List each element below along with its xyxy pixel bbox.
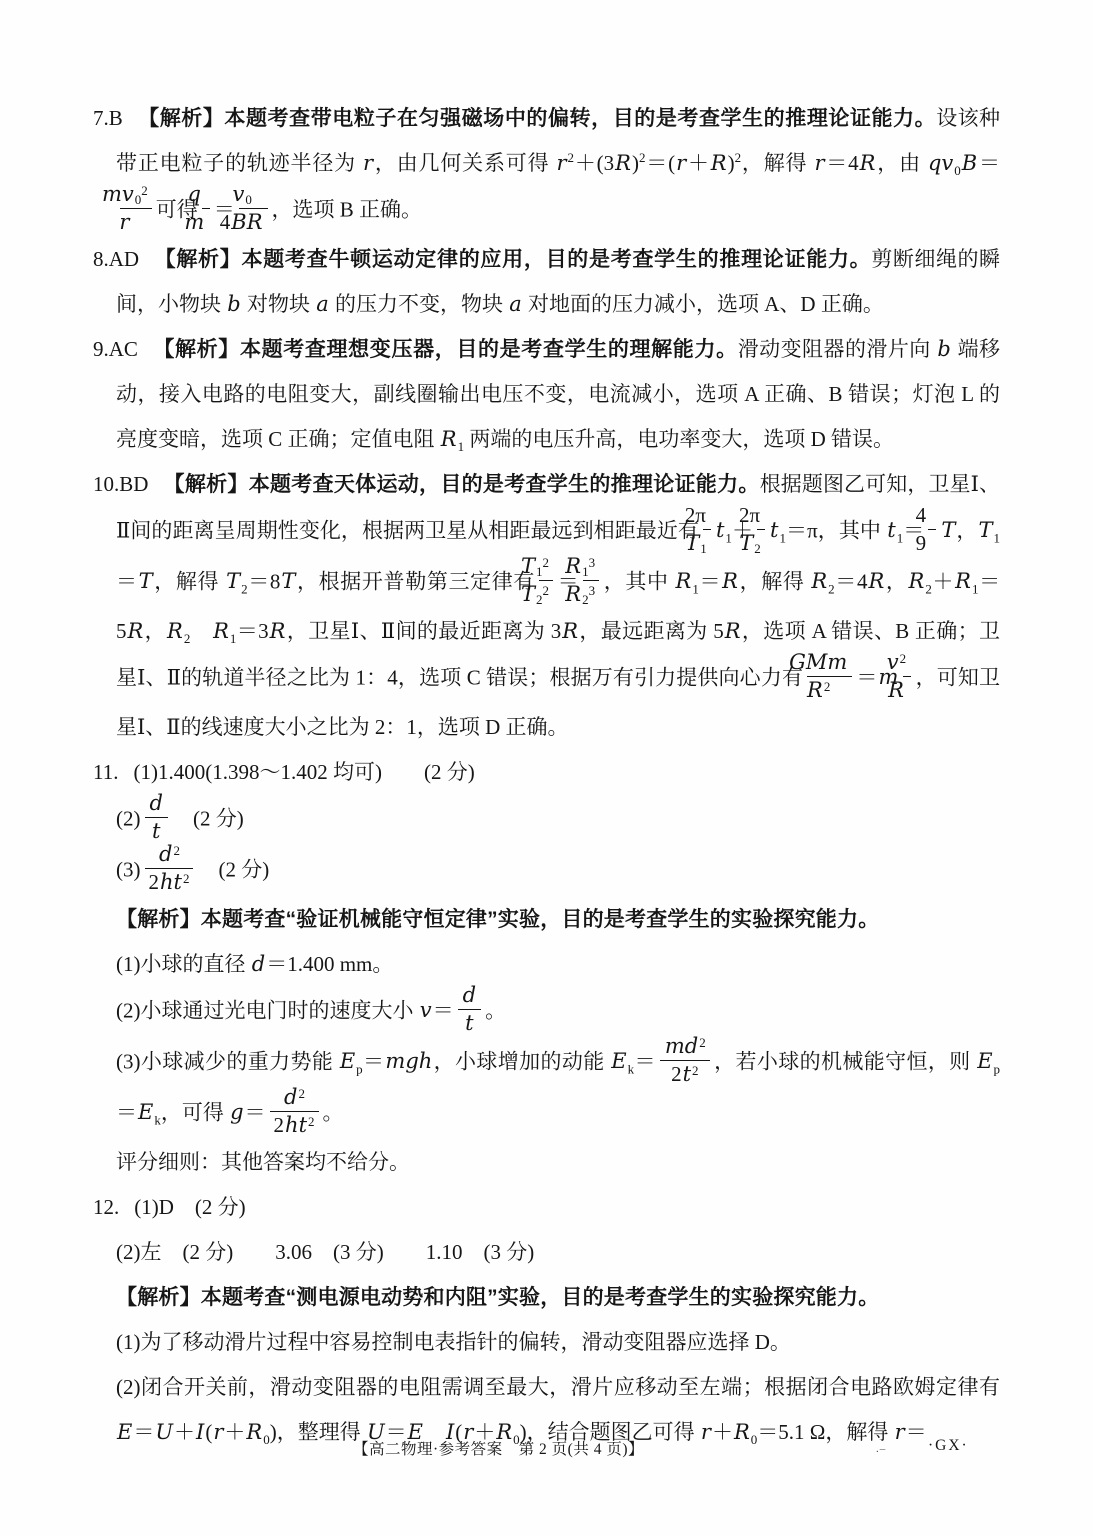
answer-paragraph: 10.BD【解析】本题考查天体运动，目的是考查学生的推理论证能力。根据题图乙可知… — [116, 462, 1000, 750]
math-run: T — [280, 569, 296, 593]
answer-paragraph: (3)d22ht2 (2 分) — [116, 846, 1000, 897]
fraction: d22ht2 — [145, 843, 194, 894]
answer-paragraph: (3)小球减少的重力势能 Ep＝mgh，小球增加的动能 Ek＝md22t2，若小… — [116, 1038, 1000, 1140]
math-run: BR — [230, 210, 263, 234]
text-run: 。 — [485, 998, 506, 1022]
math-run: a — [508, 292, 523, 316]
bold-run: 【解析】本题考查带电粒子在匀强磁场中的偏转，目的是考查学生的推理论证能力。 — [138, 107, 936, 130]
answer-paragraph: 7.B【解析】本题考查带电粒子在匀强磁场中的偏转，目的是考查学生的推理论证能力。… — [116, 96, 1000, 237]
text-run: 2π — [685, 503, 706, 527]
text-run: 对物块 — [242, 292, 316, 316]
fraction-denominator: R2 — [807, 677, 852, 702]
answer-paragraph: (2)dt (2 分) — [116, 795, 1000, 846]
text-run: ＝( — [645, 151, 675, 175]
text-run: ， — [885, 569, 907, 593]
text-run: ＝3 — [236, 619, 268, 643]
math-run: E — [339, 1049, 356, 1073]
text-run: ＝1.400 mm。 — [266, 952, 393, 976]
text-run: ，若小球的机械能守恒，则 — [714, 1049, 976, 1073]
math-run: R — [867, 569, 885, 593]
answer-paragraph: (1)小球的直径 d＝1.400 mm。 — [116, 942, 1000, 987]
text-run: 4 — [220, 210, 231, 234]
math-run: T — [738, 531, 754, 555]
fraction-numerator: 2π — [703, 504, 711, 530]
fraction-denominator: R — [903, 677, 911, 702]
text-run: ＝ — [116, 569, 138, 593]
math-run: q — [187, 182, 202, 206]
fraction: md22t2 — [660, 1035, 710, 1086]
superscript: 2 — [141, 183, 148, 198]
text-run: ) — [632, 151, 639, 175]
math-run: t — [886, 518, 896, 542]
superscript: 2 — [900, 651, 907, 666]
math-run: ht — [284, 1113, 308, 1137]
math-run: r — [118, 210, 130, 234]
fraction: v2R — [903, 651, 911, 702]
math-run: md — [664, 1034, 699, 1058]
text-run: (2 分) — [172, 806, 244, 830]
math-run: T — [138, 569, 154, 593]
fraction-denominator: R23 — [583, 581, 599, 606]
math-run: E — [137, 1100, 154, 1124]
fraction-numerator: mv02 — [120, 183, 152, 209]
math-run: R — [908, 569, 926, 593]
fraction-numerator: 4 — [928, 504, 936, 530]
answer-paragraph: 9.AC【解析】本题考查理想变压器，目的是考查学生的理解能力。滑动变阻器的滑片向… — [116, 327, 1000, 462]
text-run: ，由 — [876, 151, 927, 175]
fraction: T12T22 — [539, 555, 553, 606]
text-run: 9 — [916, 531, 927, 555]
math-run: R — [127, 619, 145, 643]
fraction-numerator: 2π — [757, 504, 765, 530]
math-run: R — [675, 569, 693, 593]
math-run: v — [419, 998, 433, 1022]
math-run: r — [813, 151, 825, 175]
math-run: R — [614, 151, 632, 175]
text-run: ＝ — [856, 665, 877, 689]
math-run: ht — [159, 870, 183, 894]
answer-item: 8.AD【解析】本题考查牛顿运动定律的应用，目的是考查学生的推理论证能力。剪断细… — [93, 237, 1000, 327]
answer-item: 7.B【解析】本题考查带电粒子在匀强磁场中的偏转，目的是考查学生的推理论证能力。… — [93, 96, 1000, 237]
footer-code: ·GX· — [928, 1437, 969, 1455]
math-run: R — [954, 569, 972, 593]
math-run: R — [440, 427, 458, 451]
text-run: ＝ — [634, 1049, 656, 1073]
fraction-denominator: t — [458, 1010, 481, 1035]
fraction-numerator: T12 — [539, 555, 553, 581]
answer-paragraph: 12.(1)D (2 分) — [116, 1185, 1000, 1230]
fraction: 49 — [928, 504, 936, 555]
text-run: ＋ — [932, 569, 954, 593]
math-run: a — [315, 292, 330, 316]
item-label: 8.AD — [93, 247, 139, 271]
text-run: 两端的电压升高，电功率变大，选项 D 错误。 — [464, 427, 894, 451]
answer-paragraph: 【解析】本题考查“测电源电动势和内阻”实验，目的是考查学生的实验探究能力。 — [116, 1275, 1000, 1320]
math-run: T — [684, 531, 700, 555]
math-run: r — [675, 151, 687, 175]
math-run: E — [976, 1049, 993, 1073]
superscript: 3 — [589, 555, 596, 570]
math-run: R — [564, 582, 582, 606]
fraction-numerator: v2 — [903, 651, 911, 677]
item-label: 12. — [93, 1195, 119, 1219]
text-run: ，解得 — [154, 569, 225, 593]
text-run: ＝ — [245, 1100, 266, 1124]
math-run: R — [166, 619, 184, 643]
superscript: 3 — [589, 583, 596, 598]
text-run: ，其中 — [603, 569, 674, 593]
superscript: 2 — [824, 679, 831, 694]
text-run: ，解得 — [739, 569, 810, 593]
math-run: R — [859, 151, 877, 175]
fraction-denominator: T2 — [757, 530, 765, 555]
text-run: (1)小球的直径 — [116, 952, 251, 976]
math-run: r — [362, 151, 374, 175]
text-run: ，解得 — [741, 151, 813, 175]
text-run: ，根据开普勒第三定律有 — [296, 569, 535, 593]
text-run: ，卫星Ⅰ、Ⅱ间的最近距离为 3 — [286, 619, 561, 643]
fraction-numerator: GMm — [807, 651, 852, 677]
math-run: v — [886, 650, 900, 674]
fraction-numerator: d2 — [145, 843, 194, 869]
document-page: 7.B【解析】本题考查带电粒子在匀强磁场中的偏转，目的是考查学生的推理论证能力。… — [0, 0, 1093, 1536]
text-run: ＝ — [363, 1049, 385, 1073]
text-run: 对地面的压力减小，选项 A、D 正确。 — [523, 292, 884, 316]
fraction: dt — [145, 792, 168, 843]
text-run: ＋(3 — [574, 151, 614, 175]
math-run: m — [183, 210, 205, 234]
text-run: (3)小球减少的重力势能 — [116, 1049, 339, 1073]
math-run: qv — [927, 151, 954, 175]
fraction: v04BR — [239, 183, 268, 234]
bold-run: 【解析】本题考查理想变压器，目的是考查学生的理解能力。 — [153, 338, 738, 361]
fraction: d22ht2 — [270, 1086, 319, 1137]
text-run: (2 分) — [197, 857, 269, 881]
text-run: ＝π，其中 — [786, 518, 886, 542]
bold-run: 【解析】本题考查天体运动，目的是考查学生的推理论证能力。 — [163, 473, 759, 496]
text-run: ，由几何关系可得 — [374, 151, 555, 175]
math-run: b — [936, 337, 951, 361]
text-run: 2 — [149, 870, 160, 894]
fraction-numerator: md2 — [660, 1035, 710, 1061]
superscript: 2 — [699, 1035, 706, 1050]
text-run: 2π — [739, 503, 760, 527]
math-run: t — [682, 1062, 692, 1086]
text-run: (2)闭合开关前，滑动变阻器的电阻需调至最大，滑片应移动至左端；根据闭合电路欧姆… — [116, 1375, 1000, 1399]
math-run: g — [229, 1100, 244, 1124]
math-run: t — [151, 819, 161, 843]
text-run: 4 — [916, 503, 927, 527]
math-run: b — [226, 292, 241, 316]
math-run: R — [806, 678, 824, 702]
math-run: R — [564, 554, 582, 578]
text-run: 2 — [671, 1062, 682, 1086]
text-run: ， — [144, 619, 166, 643]
answer-paragraph: (1)为了移动滑片过程中容易控制电表指针的偏转，滑动变阻器应选择 D。 — [116, 1320, 1000, 1365]
superscript: 2 — [692, 1063, 699, 1078]
text-run: ，可得 — [161, 1100, 229, 1124]
fraction: GMmR2 — [807, 651, 852, 702]
fraction: 2πT2 — [757, 504, 765, 555]
math-run: d — [158, 842, 173, 866]
math-run: T — [940, 518, 956, 542]
text-run: ，小球增加的动能 — [433, 1049, 610, 1073]
text-run: ＋ — [687, 151, 710, 175]
answer-paragraph: 11.(1)1.400(1.398～1.402 均可) (2 分) — [116, 750, 1000, 795]
answer-paragraph: (2)左 (2 分) 3.06 (3 分) 1.10 (3 分) — [116, 1230, 1000, 1275]
answer-item: 10.BD【解析】本题考查天体运动，目的是考查学生的推理论证能力。根据题图乙可知… — [93, 462, 1000, 750]
superscript: 2 — [308, 1114, 315, 1129]
text-run: ，选项 B 正确。 — [272, 197, 423, 221]
math-run: t — [715, 518, 725, 542]
text-run: ＝4 — [825, 151, 858, 175]
text-run: ) — [728, 151, 735, 175]
superscript: 2 — [183, 871, 190, 886]
text-run: (2) — [116, 806, 141, 830]
answer-paragraph: (2)小球通过光电门时的速度大小 v＝dt。 — [116, 987, 1000, 1038]
bold-run: 【解析】本题考查牛顿运动定律的应用，目的是考查学生的推理论证能力。 — [154, 248, 871, 271]
fraction-numerator: R13 — [583, 555, 599, 581]
superscript: 2 — [173, 843, 180, 858]
text-run: ＝ — [116, 1100, 137, 1124]
footer-page-info: 【高二物理·参考答案 第 2 页(共 4 页)】 — [353, 1437, 644, 1459]
answer-paragraph: 【解析】本题考查“验证机械能守恒定律”实验，目的是考查学生的实验探究能力。 — [116, 897, 1000, 942]
math-run: d — [149, 791, 164, 815]
fraction: qm — [202, 183, 210, 234]
superscript: 2 — [299, 1086, 306, 1101]
answer-item: 11.(1)1.400(1.398～1.402 均可) (2 分)(2)dt (… — [93, 750, 1000, 1185]
math-run: T — [520, 554, 536, 578]
math-run: d — [283, 1085, 298, 1109]
footer-print-mark: .– — [876, 1443, 886, 1455]
math-run: mgh — [384, 1049, 433, 1073]
math-run: T — [520, 582, 536, 606]
text-run: (1)D (2 分) — [134, 1195, 245, 1219]
answer-paragraph: 评分细则：其他答案均不给分。 — [116, 1140, 1000, 1185]
text-run: ， — [956, 518, 977, 542]
math-run: T — [225, 569, 241, 593]
text-run: ，最远距离为 5 — [579, 619, 724, 643]
fraction-denominator: 2ht2 — [270, 1112, 319, 1137]
math-run: d — [462, 983, 477, 1007]
text-run: (1)1.400(1.398～1.402 均可) (2 分) — [133, 760, 474, 784]
math-run: R — [561, 619, 579, 643]
item-label: 10.BD — [93, 472, 148, 496]
fraction: 2πT1 — [703, 504, 711, 555]
answer-item: 12.(1)D (2 分)(2)左 (2 分) 3.06 (3 分) 1.10 … — [93, 1185, 1000, 1455]
item-label: 7.B — [93, 106, 123, 130]
subscript: 2 — [754, 541, 761, 556]
math-run: B — [961, 151, 978, 175]
math-run: R — [721, 569, 739, 593]
text-run: 滑动变阻器的滑片向 — [738, 337, 937, 361]
fraction-numerator: q — [202, 183, 210, 209]
fraction-numerator: d2 — [270, 1086, 319, 1112]
text-run: 2 — [274, 1113, 285, 1137]
text-run: 。 — [323, 1100, 344, 1124]
bold-run: 【解析】本题考查“验证机械能守恒定律”实验，目的是考查学生的实验探究能力。 — [116, 908, 879, 931]
fraction-denominator: 2t2 — [660, 1061, 710, 1086]
fraction-denominator: 2ht2 — [145, 869, 194, 894]
fraction: R13R23 — [583, 555, 599, 606]
answer-item: 9.AC【解析】本题考查理想变压器，目的是考查学生的理解能力。滑动变阻器的滑片向… — [93, 327, 1000, 462]
text-run: 评分细则：其他答案均不给分。 — [116, 1150, 410, 1174]
answer-list: 7.B【解析】本题考查带电粒子在匀强磁场中的偏转，目的是考查学生的推理论证能力。… — [0, 0, 1093, 1455]
superscript: 2 — [543, 555, 550, 570]
fraction-numerator: v0 — [239, 183, 268, 209]
math-run: d — [251, 952, 266, 976]
subscript: 1 — [994, 530, 1001, 545]
math-run: v — [231, 182, 245, 206]
math-run: r — [556, 151, 568, 175]
text-run: (2)小球通过光电门时的速度大小 — [116, 998, 419, 1022]
fraction-numerator: d — [145, 792, 168, 818]
text-run: (3) — [116, 857, 141, 881]
answer-paragraph: 8.AD【解析】本题考查牛顿运动定律的应用，目的是考查学生的推理论证能力。剪断细… — [116, 237, 1000, 327]
math-run: T — [978, 518, 994, 542]
fraction-denominator: 9 — [928, 530, 936, 555]
subscript: p — [994, 1061, 1001, 1076]
subscript: 1 — [700, 541, 707, 556]
text-run: ＝8 — [248, 569, 281, 593]
superscript: 2 — [543, 583, 550, 598]
item-label: 11. — [93, 760, 118, 784]
math-run: R — [212, 619, 230, 643]
fraction: mv02r — [120, 183, 152, 234]
math-run: E — [610, 1049, 627, 1073]
fraction-denominator: m — [202, 209, 210, 234]
text-run — [190, 619, 212, 643]
fraction-denominator: t — [145, 818, 168, 843]
math-run: R — [810, 569, 828, 593]
text-run: ＝ — [699, 569, 721, 593]
math-run: R — [724, 619, 742, 643]
item-label: 9.AC — [93, 337, 138, 361]
fraction-denominator: T1 — [703, 530, 711, 555]
math-run: t — [464, 1011, 474, 1035]
math-run: R — [710, 151, 728, 175]
math-run: R — [269, 619, 287, 643]
text-run: 的压力不变，物块 — [330, 292, 509, 316]
text-run: (2)左 (2 分) 3.06 (3 分) 1.10 (3 分) — [116, 1240, 534, 1264]
bold-run: 【解析】本题考查“测电源电动势和内阻”实验，目的是考查学生的实验探究能力。 — [116, 1286, 879, 1309]
math-run: t — [769, 518, 779, 542]
text-run: ＝4 — [835, 569, 868, 593]
text-run: ＝ — [433, 998, 454, 1022]
subscript: 0 — [245, 192, 252, 207]
fraction-numerator: d — [458, 984, 481, 1010]
fraction-denominator: T22 — [539, 581, 553, 606]
fraction: dt — [458, 984, 481, 1035]
math-run: R — [887, 678, 905, 702]
math-run: GMm — [788, 650, 848, 674]
footer: 【高二物理·参考答案 第 2 页(共 4 页)】 .– ·GX· — [0, 1437, 1093, 1477]
fraction-denominator: 4BR — [239, 209, 268, 234]
text-run: ＝ — [978, 151, 1000, 175]
fraction-denominator: r — [120, 209, 152, 234]
subscript: 0 — [954, 163, 961, 178]
text-run: (1)为了移动滑片过程中容易控制电表指针的偏转，滑动变阻器应选择 D。 — [116, 1330, 791, 1354]
math-run: mv — [101, 182, 135, 206]
